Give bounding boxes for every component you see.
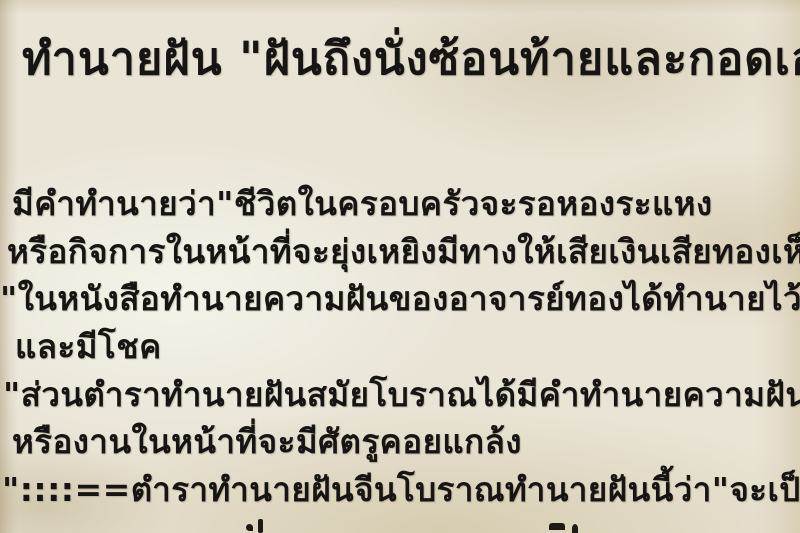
interpretation-text-line: "::::==ตำราทำนายฝันจีนโบราณทำนายฝันนี้ว่… xyxy=(2,463,800,516)
clipped-text-glyph-top xyxy=(258,519,263,533)
clipped-text-glyph-top xyxy=(246,524,253,531)
interpretation-text-line: หรือกิจการในหน้าที่จะยุ่งเหยิงมีทางให้เส… xyxy=(7,225,800,278)
dream-interpretation-page: ทำนายฝัน "ฝันถึงนั่งซ้อนท้ายและกอดเอวเ ม… xyxy=(0,0,800,533)
interpretation-text-line: "ส่วนตำราทำนายฝันสมัยโบราณได้มีคำทำนายคว… xyxy=(3,368,800,421)
clipped-text-glyph-top xyxy=(549,523,565,530)
interpretation-text-line: และมีโชค xyxy=(15,320,162,373)
interpretation-text-line: มีคำทำนายว่า"ชีวิตในครอบครัวจะรอหองระแหง xyxy=(12,177,713,230)
clipped-text-glyph-top xyxy=(572,524,578,533)
interpretation-text-line: หรืองานในหน้าที่จะมีศัตรูคอยแกล้ง xyxy=(12,415,522,468)
page-title: ทำนายฝัน "ฝันถึงนั่งซ้อนท้ายและกอดเอวเ xyxy=(22,22,800,94)
interpretation-text-line: "ในหนังสือทำนายความฝันของอาจารย์ทองได้ทำ… xyxy=(0,272,800,325)
